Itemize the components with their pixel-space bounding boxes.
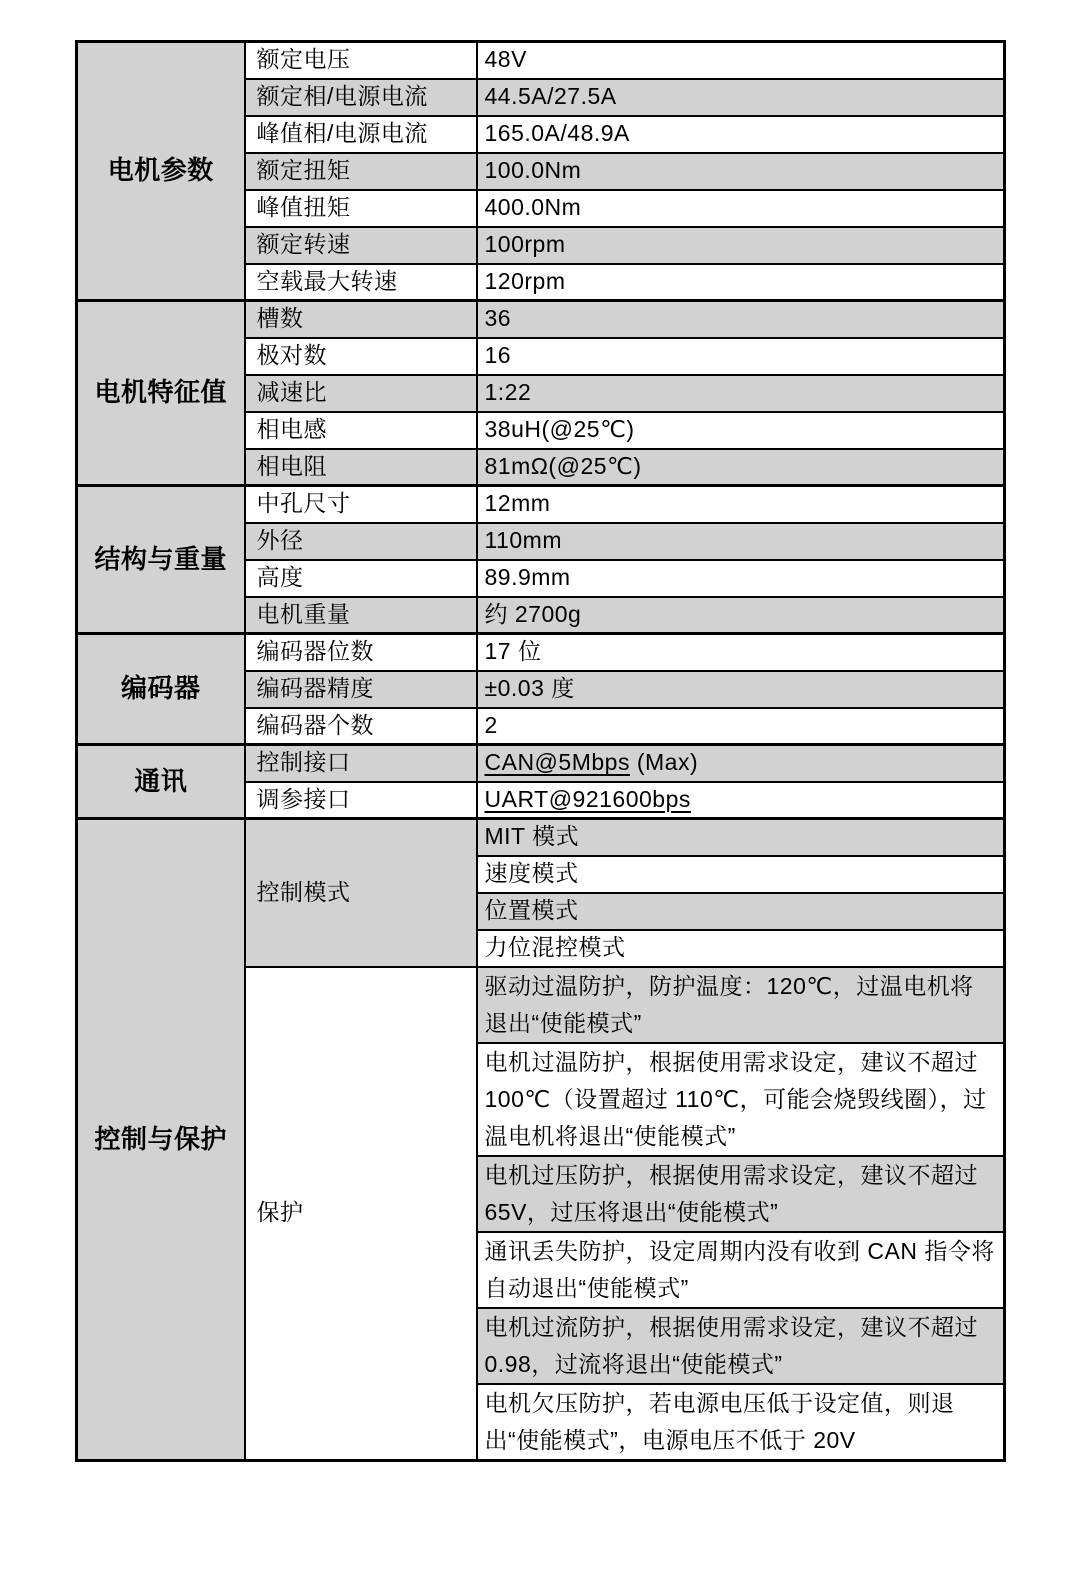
protection-item: 驱动过温防护，防护温度：120℃，过温电机将退出“使能模式”: [477, 967, 1005, 1043]
category-cell-motor-params: 电机参数: [77, 42, 245, 301]
param-label: 控制接口: [245, 745, 477, 782]
param-label: 减速比: [245, 375, 477, 412]
param-value: 48V: [477, 42, 1005, 79]
param-label: 额定转速: [245, 227, 477, 264]
param-value: 1:22: [477, 375, 1005, 412]
param-label: 外径: [245, 523, 477, 560]
comm-interface-text: UART@921600bps: [485, 786, 691, 812]
category-cell-control-protection: 控制与保护: [77, 819, 245, 1461]
param-value: 36: [477, 301, 1005, 338]
param-label: 额定扭矩: [245, 153, 477, 190]
param-label: 相电阻: [245, 449, 477, 486]
control-mode-label: 控制模式: [245, 819, 477, 967]
param-label: 编码器精度: [245, 671, 477, 708]
param-label: 空载最大转速: [245, 264, 477, 301]
protection-item: 电机过温防护，根据使用需求设定，建议不超过 100℃（设置超过 110℃，可能会…: [477, 1043, 1005, 1156]
protection-label: 保护: [245, 967, 477, 1461]
param-value: 81mΩ(@25℃): [477, 449, 1005, 486]
param-value: 约 2700g: [477, 597, 1005, 634]
param-value: CAN@5Mbps (Max): [477, 745, 1005, 782]
control-mode-option: 速度模式: [477, 856, 1005, 893]
param-value: 110mm: [477, 523, 1005, 560]
param-label: 编码器位数: [245, 634, 477, 671]
protection-item: 电机过流防护，根据使用需求设定，建议不超过 0.98，过流将退出“使能模式”: [477, 1308, 1005, 1384]
param-value: 100rpm: [477, 227, 1005, 264]
category-cell-motor-characteristics: 电机特征值: [77, 301, 245, 486]
param-label: 相电感: [245, 412, 477, 449]
param-label: 编码器个数: [245, 708, 477, 745]
control-mode-option: 力位混控模式: [477, 930, 1005, 967]
param-value: 165.0A/48.9A: [477, 116, 1005, 153]
spec-table: 电机参数 额定电压 48V 额定相/电源电流 44.5A/27.5A 峰值相/电…: [75, 40, 1006, 1462]
category-cell-communication: 通讯: [77, 745, 245, 819]
param-label: 极对数: [245, 338, 477, 375]
param-label: 额定电压: [245, 42, 477, 79]
param-value: 2: [477, 708, 1005, 745]
param-label: 槽数: [245, 301, 477, 338]
param-value: 17 位: [477, 634, 1005, 671]
param-label: 高度: [245, 560, 477, 597]
param-value: 16: [477, 338, 1005, 375]
protection-item: 通讯丢失防护，设定周期内没有收到 CAN 指令将自动退出“使能模式”: [477, 1232, 1005, 1308]
param-value: 44.5A/27.5A: [477, 79, 1005, 116]
protection-item: 电机欠压防护，若电源电压低于设定值，则退出“使能模式”，电源电压不低于 20V: [477, 1384, 1005, 1461]
param-value: ±0.03 度: [477, 671, 1005, 708]
param-value: UART@921600bps: [477, 782, 1005, 819]
param-value: 89.9mm: [477, 560, 1005, 597]
document-page: 电机参数 额定电压 48V 额定相/电源电流 44.5A/27.5A 峰值相/电…: [0, 0, 1080, 1569]
param-value: 400.0Nm: [477, 190, 1005, 227]
category-cell-structure-weight: 结构与重量: [77, 486, 245, 634]
control-mode-option: MIT 模式: [477, 819, 1005, 856]
param-label: 中孔尺寸: [245, 486, 477, 523]
param-label: 调参接口: [245, 782, 477, 819]
category-cell-encoder: 编码器: [77, 634, 245, 745]
param-label: 额定相/电源电流: [245, 79, 477, 116]
param-value: 100.0Nm: [477, 153, 1005, 190]
param-label: 峰值扭矩: [245, 190, 477, 227]
param-label: 峰值相/电源电流: [245, 116, 477, 153]
param-value: 12mm: [477, 486, 1005, 523]
param-value: 120rpm: [477, 264, 1005, 301]
control-mode-option: 位置模式: [477, 893, 1005, 930]
param-label: 电机重量: [245, 597, 477, 634]
comm-interface-text: CAN@5Mbps: [485, 749, 630, 775]
protection-item: 电机过压防护，根据使用需求设定，建议不超过 65V，过压将退出“使能模式”: [477, 1156, 1005, 1232]
param-value: 38uH(@25℃): [477, 412, 1005, 449]
comm-interface-suffix: (Max): [630, 749, 698, 775]
